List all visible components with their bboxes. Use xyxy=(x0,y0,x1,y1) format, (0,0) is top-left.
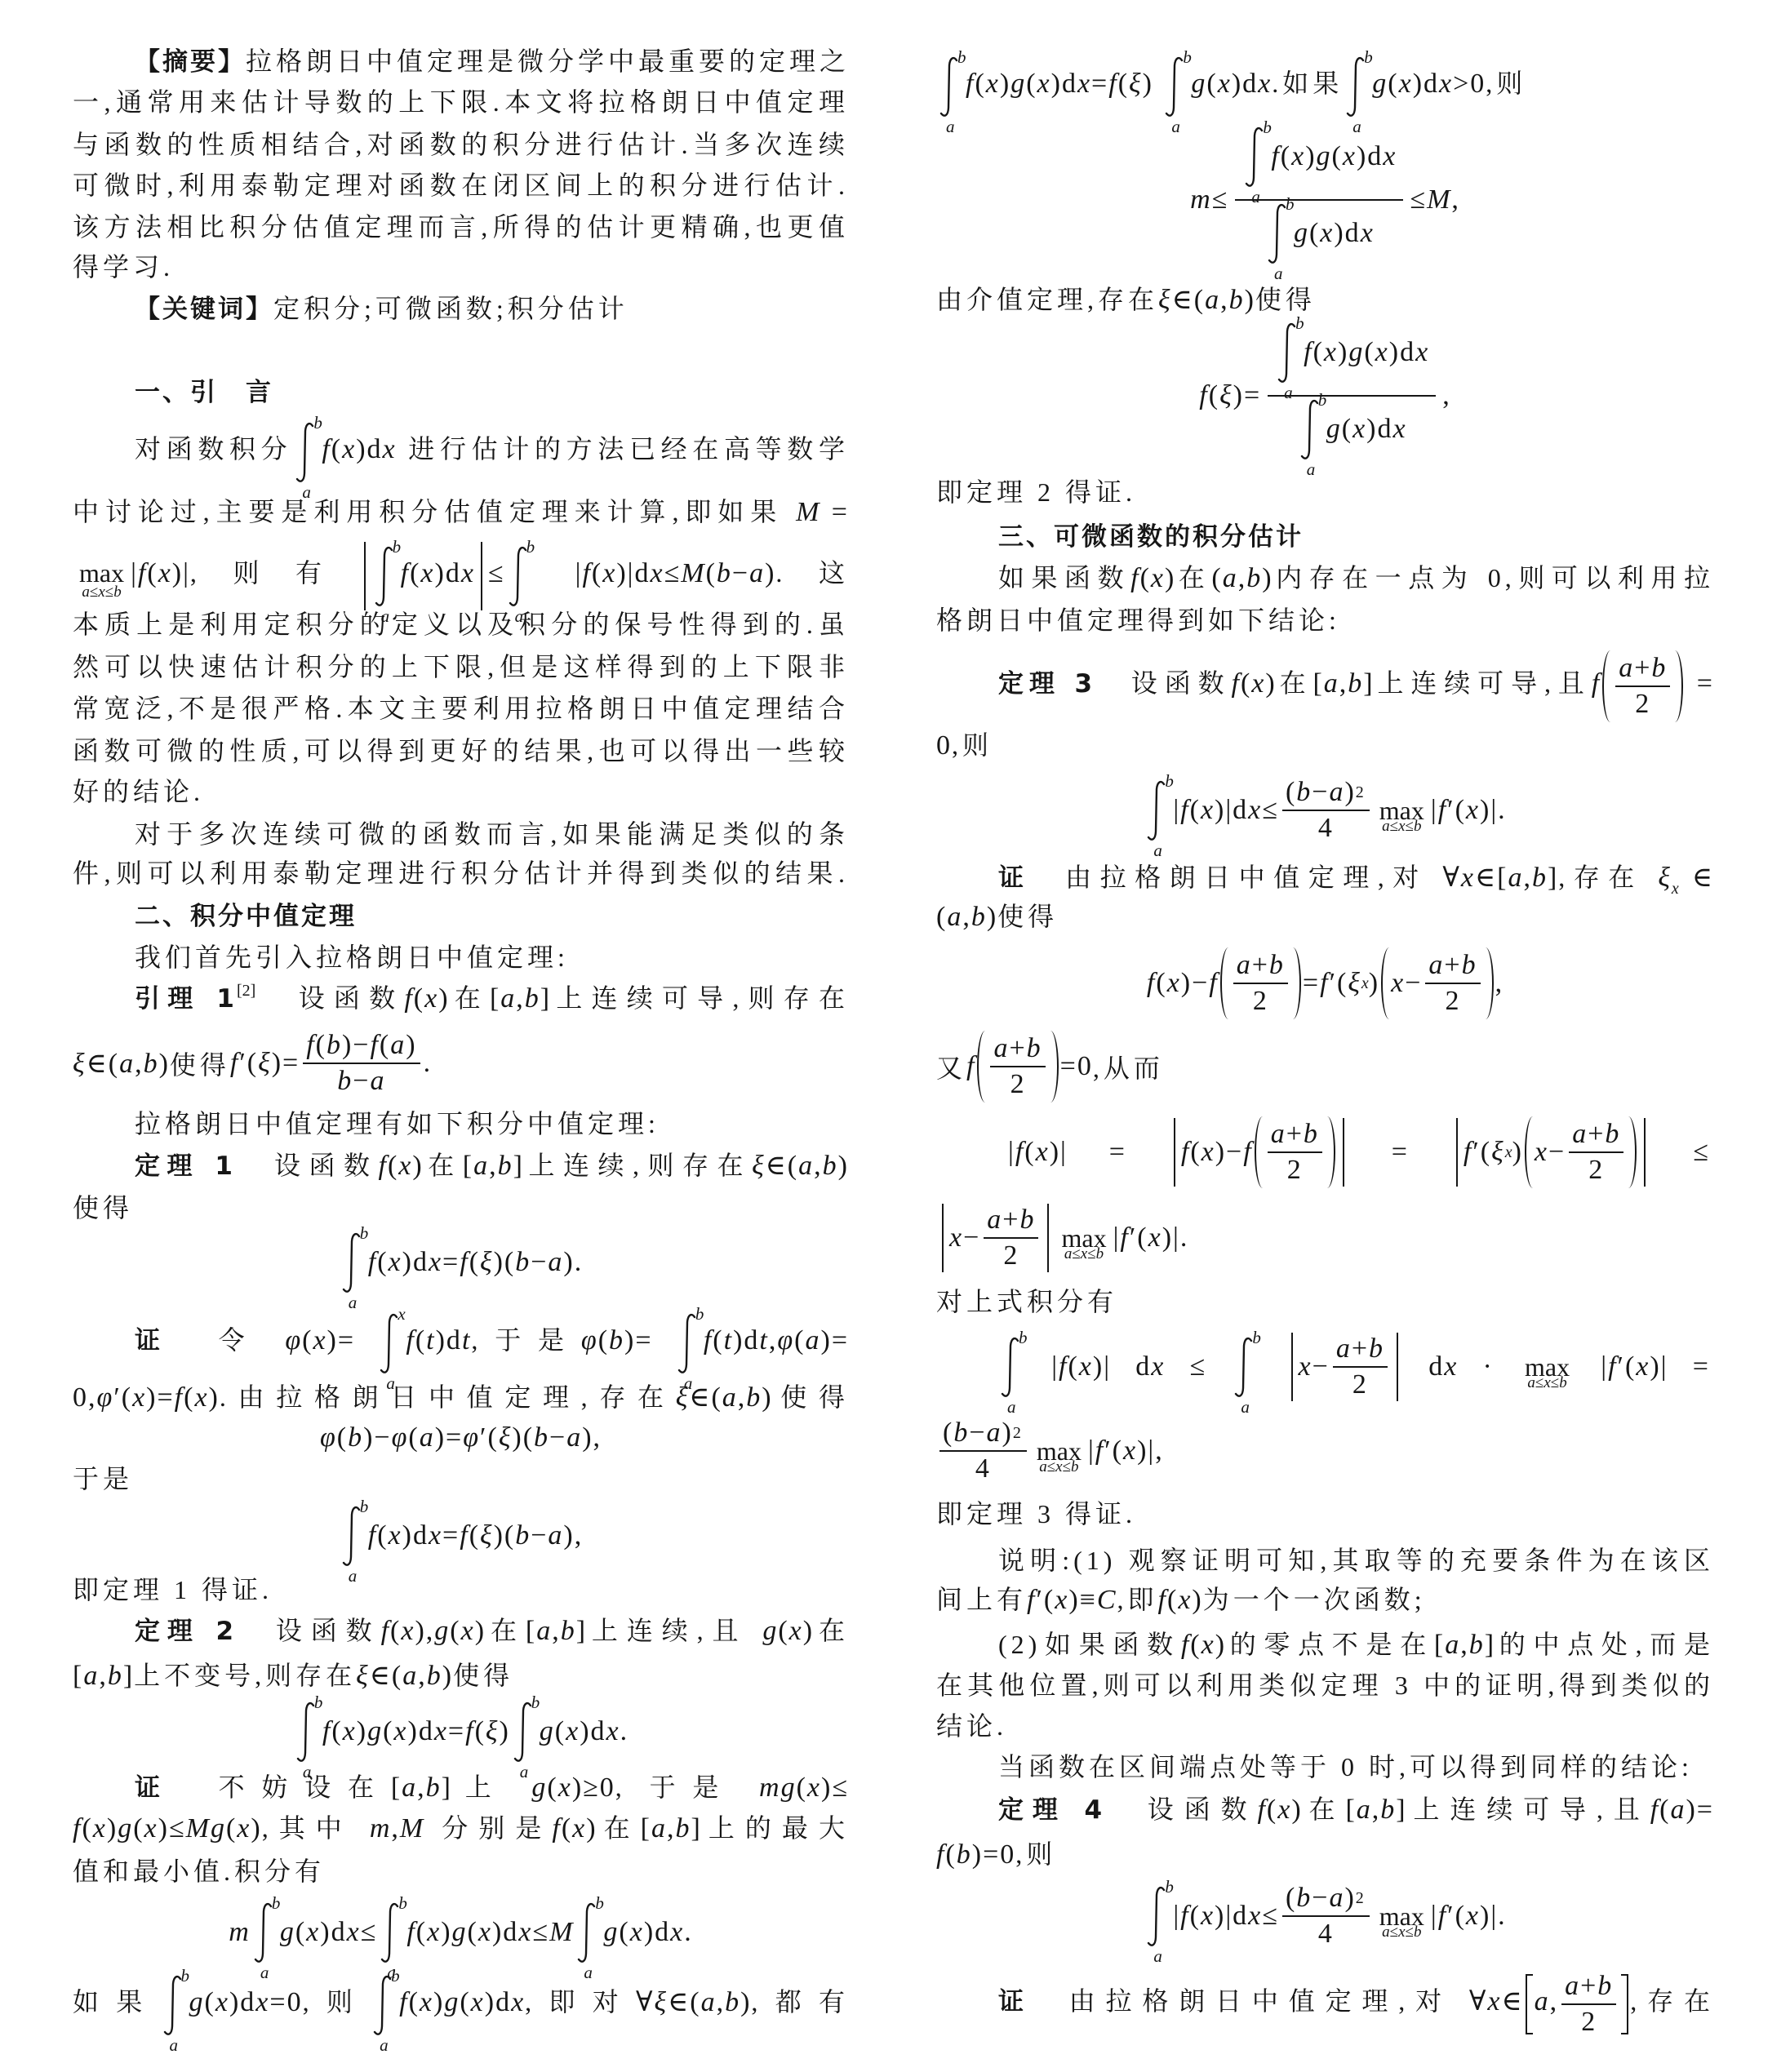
math-variable: b xyxy=(326,1030,342,1060)
math-expression: ≤M, xyxy=(1410,184,1460,215)
vertical-bar-icon xyxy=(1456,1118,1458,1187)
math-expression: g(x)dx. xyxy=(603,1917,692,1948)
left-paren-icon xyxy=(1602,650,1610,722)
text-run: ,则 xyxy=(1015,1839,1056,1869)
integral-upper-limit: b xyxy=(1165,1879,1174,1896)
fraction-denominator: 2 xyxy=(1425,983,1480,1018)
vertical-bar-icon xyxy=(1644,1118,1646,1187)
text-run: 对于多次连续可微的函数而言,如果能满足类似的条 xyxy=(135,819,849,849)
math-variable: f xyxy=(1108,69,1117,99)
left-paren-icon xyxy=(1220,947,1228,1019)
fraction-denominator: 4 xyxy=(1282,1915,1370,1951)
math-variable: x xyxy=(1383,141,1397,171)
max-operator: maxa≤x≤b xyxy=(1525,1352,1570,1382)
math-variable: g xyxy=(1294,218,1309,248)
integral-upper-limit: b xyxy=(1263,119,1272,136)
math-variable: a xyxy=(798,1151,814,1181)
integral-upper-limit: b xyxy=(314,1694,323,1711)
math-expression: f(t)dt xyxy=(406,1325,471,1355)
text-run: 使得 xyxy=(73,1193,133,1222)
integral: ba xyxy=(162,1974,184,2036)
integral-upper-limit: b xyxy=(1318,392,1327,409)
abstract-line: 得学习. xyxy=(73,246,849,287)
abstract-line: 一,通常用来估计导数的上下限.本文将拉格朗日中值定理 xyxy=(73,82,849,122)
text-run: ,于是 xyxy=(471,1325,580,1355)
math-variable: x xyxy=(1291,141,1305,171)
left-paren-icon xyxy=(1255,1116,1263,1188)
math-expression: 2 xyxy=(1588,1153,1604,1187)
math-variable: a xyxy=(548,1247,563,1277)
math-expression: 4 xyxy=(1318,1917,1334,1951)
text-run: 在 xyxy=(814,1616,849,1645)
text-run: 中讨论过,主要是利用积分估值定理来计算,即如果 xyxy=(73,497,796,526)
math-variable: x xyxy=(1037,69,1051,99)
math-expression: [a,b] xyxy=(526,1616,587,1646)
max-operator: maxa≤x≤b xyxy=(1037,1436,1082,1466)
math-variable: x xyxy=(670,1917,684,1947)
math-expression: = xyxy=(1109,1137,1126,1168)
text-run: 即定理 3 得证. xyxy=(936,1499,1136,1528)
math-variable: f xyxy=(1059,1351,1068,1382)
text-run: 令 xyxy=(175,1325,285,1355)
math-variable: m xyxy=(759,1773,781,1803)
superscript: [2] xyxy=(237,982,255,1000)
integral: ba xyxy=(294,421,317,483)
math-variable: x xyxy=(1535,1137,1548,1167)
paragraph-line: 我们首先引入拉格朗日中值定理: xyxy=(73,937,849,978)
math-expression: f(t)dt,φ(a)= xyxy=(704,1325,849,1355)
math-variable: x xyxy=(144,1813,158,1844)
math-variable: x xyxy=(427,1917,441,1947)
math-variable: f xyxy=(936,1839,945,1870)
text-run: (2)如果函数 xyxy=(998,1630,1181,1659)
math-variable: f xyxy=(73,1813,82,1844)
math-variable: g xyxy=(1191,69,1206,99)
integral-lower-limit: a xyxy=(584,1964,593,1981)
max-range: a≤x≤b xyxy=(1382,819,1421,835)
fraction-denominator: 2 xyxy=(1569,1151,1623,1187)
text-run: 上 xyxy=(452,1773,531,1802)
integral: ba xyxy=(1299,398,1321,460)
max-operator: maxa≤x≤b xyxy=(1379,1901,1424,1932)
bold-label: 定理 2 xyxy=(135,1617,236,1646)
math-variable: a xyxy=(947,902,962,932)
text-run: 即定理 1 得证. xyxy=(73,1575,273,1604)
math-variable: f xyxy=(1209,968,1218,998)
math-variable: a xyxy=(83,1661,99,1691)
math-variable: b xyxy=(144,1049,159,1079)
math-expression: f(x) xyxy=(1231,668,1276,699)
math-variable: f xyxy=(1650,1795,1659,1825)
math-variable: b xyxy=(1605,1119,1620,1149)
text-run: 说明:(1) 观察证明可知,其取等的充要条件为在该区 xyxy=(998,1546,1714,1575)
math-variable: b xyxy=(526,537,535,557)
text-run: 如果 xyxy=(73,1987,160,2017)
math-expression: · xyxy=(1482,1351,1493,1382)
right-paren-icon xyxy=(1050,1031,1059,1103)
fraction: baf(x)g(x)dxbag(x)dx xyxy=(1268,320,1436,472)
lemma-1-statement: 引理 1[2] 设函数f(x)在[a,b]上连续可导,则存在 xyxy=(73,978,849,1018)
math-variable: a xyxy=(651,1813,667,1844)
fraction: a+b2 xyxy=(1333,1332,1388,1402)
math-variable: b xyxy=(1296,777,1312,807)
proof-line: 证 令 φ(x)= xaf(t)dt,于是φ(b)= baf(t)dt,φ(a)… xyxy=(73,1320,849,1360)
math-variable: M xyxy=(400,1813,424,1844)
math-variable: x xyxy=(518,1917,532,1947)
math-expression: φ(b)−φ(a)=φ′(ξ)(b−a), xyxy=(320,1422,602,1453)
integral: ba xyxy=(340,1231,363,1293)
expression-group: f(x)−fa+b2 xyxy=(1168,1133,1350,1172)
math-variable: x xyxy=(342,434,356,464)
right-paren-icon xyxy=(1628,1116,1637,1188)
proof-equation: |f(x)|=f(x)−fa+b2=f′(ξx)x−a+b2≤ xyxy=(936,1111,1714,1193)
integral: ba xyxy=(1266,202,1289,264)
math-expression: , xyxy=(1442,380,1451,411)
math-variable: f xyxy=(1464,1137,1472,1167)
left-column: 【摘要】拉格朗日中值定理是微分学中最重要的定理之 一,通常用来估计导数的上下限.… xyxy=(73,0,849,2072)
math-expression: (b−a) xyxy=(1286,1881,1356,1915)
math-expression: a+b xyxy=(993,1032,1042,1066)
math-expression: a+b xyxy=(1271,1117,1319,1151)
math-variable: x xyxy=(158,558,172,588)
left-paren-icon xyxy=(1381,947,1389,1019)
math-variable: b xyxy=(1469,1630,1485,1660)
math-expression: mg(x)≤ xyxy=(759,1773,849,1803)
integral: ba xyxy=(507,545,530,607)
math-expression: 4 xyxy=(975,1452,991,1486)
section-heading-mean-value-theorem: 二、积分中值定理 xyxy=(73,895,849,936)
math-expression: f(x)−f xyxy=(1181,1137,1253,1168)
math-expression: f(ξ)= xyxy=(1199,380,1261,411)
math-variable: a xyxy=(584,1963,593,1982)
math-variable: φ xyxy=(285,1325,302,1355)
math-variable: a xyxy=(1382,818,1390,835)
text-run: ,则 xyxy=(1486,69,1526,98)
text-run: ,存在 xyxy=(1630,1986,1714,2016)
text-run: 一,通常用来估计导数的上下限.本文将拉格朗日中值定理 xyxy=(73,87,849,117)
math-expression: |f′(x)|, xyxy=(1088,1435,1164,1466)
math-variable: g xyxy=(118,1813,133,1844)
math-variable: f xyxy=(966,1051,975,1081)
math-expression: [a,b] xyxy=(1434,1630,1495,1660)
text-run: 如果函数 xyxy=(998,563,1130,592)
math-variable: x xyxy=(1398,1923,1405,1941)
max-range: a≤x≤b xyxy=(1064,1246,1104,1262)
text-run: 可微时,利用泰勒定理对函数在闭区间上的积分进行估计. xyxy=(73,171,849,200)
math-variable: x xyxy=(401,1616,415,1646)
section-heading-differentiable-estimate: 三、可微函数的积分估计 xyxy=(936,516,1714,557)
math-variable: x xyxy=(1218,69,1232,99)
math-variable: a xyxy=(1357,1795,1372,1825)
math-variable: a xyxy=(1329,1883,1344,1913)
fraction: a+b2 xyxy=(990,1032,1045,1102)
math-variable: x xyxy=(429,1247,442,1277)
fraction-denominator: 2 xyxy=(1268,1151,1322,1187)
math-variable: x xyxy=(949,1222,963,1253)
math-variable: a xyxy=(1572,1119,1588,1149)
math-variable: x xyxy=(606,1716,620,1746)
math-variable: b xyxy=(337,1066,353,1096)
math-variable: a xyxy=(1428,950,1444,980)
math-variable: a xyxy=(1527,1374,1535,1391)
math-variable: b xyxy=(1597,1971,1613,2001)
bold-label: 引理 1 xyxy=(135,984,237,1014)
math-variable: ξ xyxy=(486,1716,500,1746)
math-variable: φ xyxy=(320,1422,337,1453)
math-variable: M xyxy=(549,1917,574,1947)
math-variable: a xyxy=(1205,285,1220,315)
text-run: 设函数 xyxy=(1104,1795,1257,1824)
math-expression: ∈ xyxy=(1679,863,1714,893)
math-variable: a xyxy=(402,1661,418,1691)
math-variable: f xyxy=(1027,1585,1036,1615)
math-expression: g(x)dx≤ xyxy=(280,1917,378,1948)
text-run: 格朗日中值定理得到如下结论: xyxy=(936,606,1340,635)
math-expression: [a,b] xyxy=(73,1661,134,1691)
integral-upper-limit: b xyxy=(398,1895,407,1912)
math-expression: ξ∈(a,b) xyxy=(676,1382,773,1413)
fraction: a+b2 xyxy=(1569,1117,1623,1187)
math-variable: ξ xyxy=(499,1422,513,1453)
math-variable: x xyxy=(1055,1585,1068,1615)
math-variable: f xyxy=(1243,1137,1252,1167)
math-expression: f(x)dx xyxy=(401,558,475,588)
math-expression: f(x)g(x)dx=f(ξ) xyxy=(322,1716,510,1747)
math-variable: b xyxy=(181,1966,190,1985)
proof-line: baf(x)g(x)dx=f(ξ) bag(x)dx.如果bag(x)dx>0,… xyxy=(936,63,1714,104)
math-expression: ∀ξ∈(a,b) xyxy=(636,1987,751,2017)
math-variable: b xyxy=(313,413,322,433)
math-expression: = xyxy=(1392,1137,1409,1168)
math-variable: φ xyxy=(777,1325,794,1355)
right-paren-icon xyxy=(1675,650,1683,722)
math-expression: f(x)dx xyxy=(322,434,396,464)
math-expression: 2 xyxy=(1581,2005,1597,2039)
fraction-denominator: 4 xyxy=(1282,810,1370,845)
math-variable: f xyxy=(460,1247,469,1277)
math-variable: b xyxy=(1165,771,1174,791)
max-range: a≤x≤b xyxy=(1039,1459,1078,1475)
math-variable: ξ xyxy=(1658,863,1672,893)
math-variable: b xyxy=(1019,1205,1035,1235)
math-variable: a xyxy=(806,1325,821,1355)
math-variable: a xyxy=(1284,383,1293,402)
math-expression: a+b xyxy=(1336,1332,1384,1366)
math-expression: a+b xyxy=(1572,1117,1620,1151)
math-variable: ξ xyxy=(1158,285,1172,315)
max-operator: maxa≤x≤b xyxy=(1379,796,1424,826)
math-expression: 2 xyxy=(1287,1153,1303,1187)
fraction-denominator: 2 xyxy=(1561,2003,1616,2039)
fraction: a+b2 xyxy=(1233,948,1288,1018)
math-variable: a xyxy=(1039,1458,1047,1475)
math-variable: f xyxy=(322,434,331,464)
math-expression: f(x)g(x)dx xyxy=(1271,140,1397,174)
proof-equation: m bag(x)dx≤baf(x)g(x)dx≤Mbag(x)dx. xyxy=(73,1896,849,1969)
vertical-bar-icon xyxy=(1047,1204,1049,1272)
math-variable: f xyxy=(1592,668,1601,699)
integral: ba xyxy=(676,1312,699,1374)
math-variable: x xyxy=(1672,880,1679,898)
paragraph-line: 函数可微的性质,可以得到更好的结果,也可以得出一些较 xyxy=(73,730,849,771)
math-expression: ≤ xyxy=(1693,1137,1710,1168)
math-variable: f xyxy=(138,558,147,588)
math-variable: x xyxy=(398,1304,405,1324)
math-expression: =0 xyxy=(1060,1051,1093,1082)
math-variable: t xyxy=(759,1325,768,1355)
math-expression: [a,b] xyxy=(463,1151,524,1181)
math-variable: a xyxy=(380,2035,389,2055)
math-variable: x xyxy=(511,1987,525,2017)
math-variable: f xyxy=(552,1813,561,1844)
integral: ba xyxy=(1243,126,1266,188)
math-variable: x xyxy=(194,1382,208,1413)
math-variable: a xyxy=(987,1205,1002,1235)
math-variable: f xyxy=(1180,795,1189,825)
proof-conclusion: 即定理 2 得证. xyxy=(936,472,1714,512)
math-variable: ξ xyxy=(1129,69,1143,99)
math-variable: f xyxy=(401,558,410,588)
integral: ba xyxy=(1145,1885,1168,1947)
math-variable: f xyxy=(1271,141,1280,171)
text-run: 即定理 2 得证. xyxy=(936,477,1136,507)
math-variable: x xyxy=(1201,1630,1215,1660)
math-expression: f(x) xyxy=(1130,563,1175,593)
math-variable: f xyxy=(704,1325,713,1355)
paragraph-line: 当函数在区间端点处等于 0 时,可以得到同样的结论: xyxy=(936,1746,1714,1787)
math-variable: a xyxy=(993,1033,1009,1063)
fraction-numerator: (b−a)2 xyxy=(1282,1881,1370,1915)
math-variable: b xyxy=(971,902,987,932)
vertical-bar-icon xyxy=(1174,1118,1175,1187)
math-variable: a xyxy=(370,1066,385,1096)
math-variable: x xyxy=(1277,1795,1291,1825)
proof-equation: φ(b)−φ(a)=φ′(ξ)(b−a), xyxy=(73,1418,849,1458)
math-expression: [a,b] xyxy=(1313,668,1374,699)
integral-upper-limit: b xyxy=(1295,315,1304,332)
math-variable: b xyxy=(953,1418,969,1448)
math-variable: f xyxy=(1320,968,1329,998)
fraction-numerator: a+b xyxy=(1615,651,1670,685)
math-variable: b xyxy=(957,1839,972,1870)
integral-upper-limit: b xyxy=(1183,49,1192,66)
math-variable: φ xyxy=(392,1422,409,1453)
integral-lower-limit: a xyxy=(349,1294,358,1311)
math-expression: g(x) xyxy=(762,1616,814,1646)
math-variable: f xyxy=(1231,668,1240,699)
bold-label: 二、积分中值定理 xyxy=(135,902,357,931)
text-run: ,都有 xyxy=(751,1987,849,2017)
fraction: a+b2 xyxy=(984,1203,1038,1273)
math-variable: x xyxy=(306,1917,320,1947)
math-expression: g(x)dx xyxy=(1294,216,1375,251)
integral: ba xyxy=(373,545,396,607)
math-expression: a+b xyxy=(987,1203,1035,1237)
math-expression: f xyxy=(1592,668,1601,699)
math-expression: m,M xyxy=(370,1813,424,1844)
math-variable: ξ xyxy=(1219,380,1233,410)
fraction-denominator: bag(x)dx xyxy=(1268,395,1436,472)
bold-label: 证 xyxy=(998,863,1031,893)
math-variable: x xyxy=(420,558,434,588)
math-expression: g(x)dx xyxy=(1191,69,1272,99)
math-variable: x xyxy=(1439,69,1453,99)
left-paren-icon xyxy=(1525,1116,1533,1188)
math-variable: M xyxy=(1427,184,1451,215)
text-run: 对上式积分有 xyxy=(936,1287,1117,1316)
vertical-bar-icon xyxy=(1397,1333,1398,1401)
remark-line: (2)如果函数f(x)的零点不是在[a,b]的中点处,而是 xyxy=(936,1624,1714,1665)
math-variable: b xyxy=(1252,1328,1261,1347)
math-variable: x xyxy=(1077,69,1091,99)
paragraph-line: 拉格朗日中值定理有如下积分中值定理: xyxy=(73,1103,849,1144)
text-run: 上连续可导,且 xyxy=(1375,668,1592,698)
math-expression: [a,b] xyxy=(490,983,551,1014)
math-variable: a xyxy=(1271,1119,1286,1149)
text-run: 值和最小值.积分有 xyxy=(73,1857,325,1886)
math-expression: dx xyxy=(1135,1351,1165,1382)
integral-upper-limit: b xyxy=(391,1968,400,1985)
fraction-numerator: a+b xyxy=(990,1032,1045,1066)
math-expression: (a,b) xyxy=(936,902,997,932)
math-variable: x xyxy=(347,1917,361,1947)
section-heading-introduction: 一、引 言 xyxy=(73,371,849,412)
math-variable: x xyxy=(1505,1143,1512,1161)
integral: ba xyxy=(999,1336,1022,1398)
integral-upper-limit: b xyxy=(181,1968,190,1985)
math-variable: x xyxy=(132,1382,146,1413)
math-variable: g xyxy=(452,1917,468,1947)
math-variable: b xyxy=(1414,1923,1422,1941)
math-variable: x xyxy=(255,1987,269,2017)
math-expression: f′(x)≡C xyxy=(1027,1585,1117,1615)
math-expression: 2 xyxy=(1352,1368,1368,1402)
math-expression: ξ∈(a,b) xyxy=(1158,285,1255,315)
math-variable: t xyxy=(426,1325,435,1355)
math-variable: f xyxy=(460,1520,469,1551)
math-variable: x xyxy=(1352,414,1366,444)
text-run: 设函数 xyxy=(235,1151,379,1180)
proof-line: 证 不妨设在[a,b]上 g(x)≥0, 于是 mg(x)≤ xyxy=(73,1767,849,1808)
math-variable: b xyxy=(1096,1245,1104,1262)
remark-line: 结论. xyxy=(936,1706,1714,1746)
math-variable: b xyxy=(1263,118,1272,137)
math-variable: x xyxy=(461,558,475,588)
math-variable: b xyxy=(427,1661,442,1691)
bold-label: 定理 4 xyxy=(998,1795,1104,1825)
text-run: 使得 xyxy=(453,1661,513,1690)
math-variable: b xyxy=(1380,1795,1396,1825)
math-expression: = xyxy=(1685,668,1714,699)
math-expression: f(x)g(x)≤Mg(x) xyxy=(73,1813,262,1844)
math-variable: b xyxy=(1296,1883,1312,1913)
text-run: 上连续可导,且 xyxy=(1407,1795,1650,1824)
math-variable: x xyxy=(1343,141,1357,171)
text-run: 与函数的性质相结合,对函数的积分进行估计.当多次连续 xyxy=(73,130,849,159)
text-run: 拉格朗日中值定理是微分学中最重要的定理之 xyxy=(246,47,850,76)
math-variable: ξ xyxy=(480,1247,494,1277)
proof-line: f(x)g(x)≤Mg(x),其中 m,M 分别是f(x)在[a,b]上的最大 xyxy=(73,1808,849,1848)
paragraph-line: 本质上是利用定积分的定义以及积分的保号性得到的.虽 xyxy=(73,604,849,645)
vertical-bar-icon xyxy=(942,1204,944,1272)
integral-upper-limit: b xyxy=(526,539,535,556)
math-variable: x xyxy=(343,1716,357,1746)
vertical-bar-icon xyxy=(364,542,366,610)
math-variable: a xyxy=(1336,1333,1352,1364)
fraction-numerator: a+b xyxy=(1561,1969,1616,2003)
text-run: 上连续可导,则存在 xyxy=(551,983,849,1013)
math-expression: dx xyxy=(1428,1351,1458,1382)
